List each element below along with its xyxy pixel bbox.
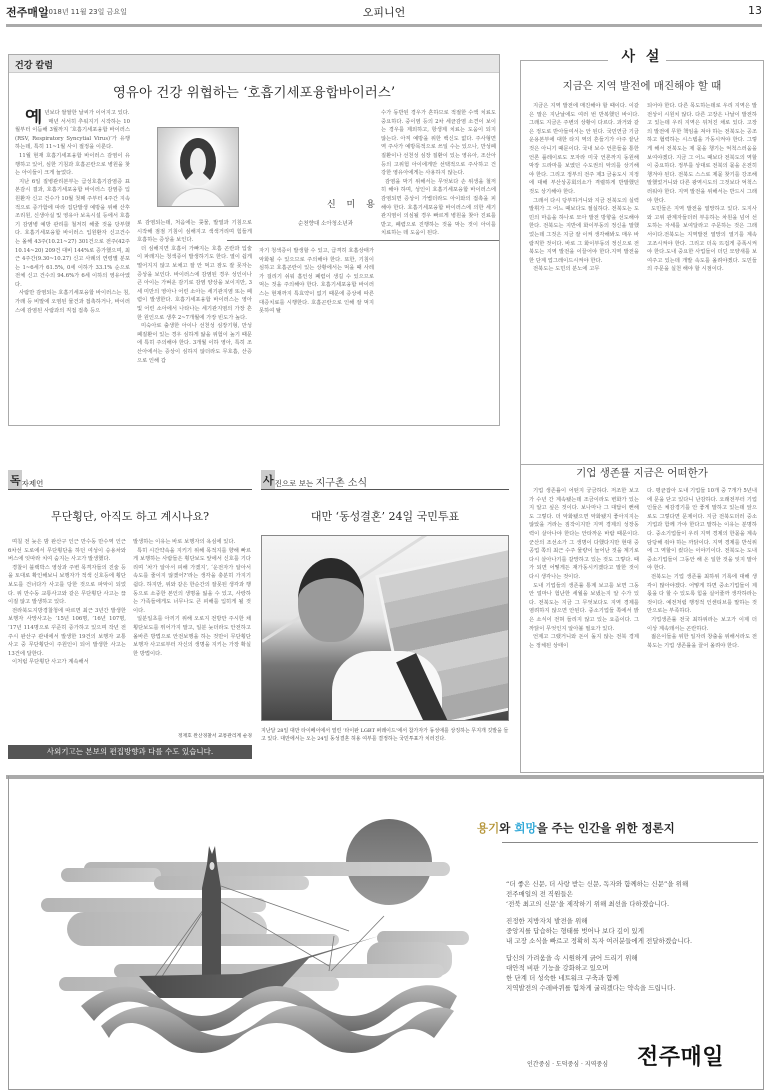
editorial2-headline: 기업 생존률 지금은 어떠한가 [521, 465, 763, 480]
readers-column-2: 발생하는 이유는 바로 보행자의 욕심에 있다. 특히 시간약속을 지키기 위해… [133, 538, 251, 730]
author-affiliation: 순천향대 소아청소년과 [298, 219, 353, 227]
author-coat [168, 188, 228, 207]
article-column-2: 로 감염되는데, 처음에는 콧물, 발열과 기침으로 시작해 점점 기침이 심해… [137, 219, 252, 423]
ad-pledge: “더 좋은 신문, 더 사랑 받는 신문, 독자와 함께하는 신문”을 위해 전… [506, 879, 692, 1000]
pledge-paragraph-3: 답신의 가려움을 속 시원하게 긁어 드리기 위해 대안적 비판 기능을 강화하… [506, 953, 692, 993]
editorial2-column-2: 다. 평균잡아 도내 기업들 10개 중 7개가 5년내에 문을 닫고 있다니 … [647, 487, 757, 767]
author-photo [157, 127, 239, 207]
editorial-column-1: 지금은 지역 발전에 매진해야 할 때이다. 이같은 말은 지난날에도 여러 번… [529, 102, 639, 458]
ad-motto: 인간중심 · 도덕중심 · 지역중심 [527, 1059, 608, 1068]
photo-caption: 지난달 28일 대만 타이베이에서 열린 ‘타이완 LGBT 퍼레이드’에서 참… [261, 727, 509, 743]
world-photo-headline: 대만 ‘동성결혼’ 24일 국민투표 [261, 508, 509, 524]
person-head [298, 558, 364, 642]
page-number: 13 [748, 4, 762, 17]
editorial-rule-left [520, 60, 608, 61]
header-rule [6, 24, 762, 27]
world-photo-header: 사진으로 보는 지구촌 소식 [261, 470, 509, 490]
drop-cap: 예 [25, 109, 42, 125]
editorial-article: 지금은 지역 발전에 매진해야 할 때 지금은 지역 발전에 매진해야 할 때이… [520, 60, 764, 465]
pledge-paragraph-1: “더 좋은 신문, 더 사랑 받는 신문, 독자와 함께하는 신문”을 위해 전… [506, 879, 692, 909]
article-headline: 영유아 건강 위협하는 ‘호흡기세포융합바이러스’ [9, 81, 499, 101]
readers-column-1: 며칠 전 늦은 밤 완산구 인근 만수동 만수역 인근 6차선 도로에서 무단횡… [8, 538, 126, 734]
editorial-headline: 지금은 지역 발전에 매진해야 할 때 [521, 78, 763, 93]
news-photo [261, 535, 509, 721]
section-cap: 독 [8, 470, 22, 489]
page-header: 전주매일 2018년 11월 23일 금요일 오피니언 13 [6, 4, 762, 22]
editorial2-column-1: 기업 생존률이 어떤지 궁금하다. 저조한 보고가 수년 간 계속됐는데 조금이… [529, 487, 639, 767]
ad-logo: 전주매일 [637, 1040, 724, 1071]
editorial-article-2: 기업 생존률 지금은 어떠한가 기업 생존률이 어떤지 궁금하다. 저조한 보고… [520, 465, 764, 773]
author-name: 신 미 용 [327, 197, 379, 210]
column-tag: 건강 칼럼 [9, 55, 499, 73]
editorial-column-2: 되어야 한다. 다른 목도하는데로 우리 지역은 발전상이 시원치 않다. 다른… [647, 102, 757, 458]
slogan-rule [502, 842, 758, 843]
readers-column-header: 독자제언 [8, 470, 252, 490]
editorial-rule-right [666, 60, 764, 61]
article-column-3: 자기 청색증이 발생할 수 있고, 급격히 호흡상태가 악화될 수 있으므로 주… [259, 247, 374, 423]
newspaper-ad: 용기와 희망을 주는 인간을 위한 정론지 “더 좋은 신문, 더 사랑 받는 … [8, 776, 764, 1090]
ad-slogan: 용기와 희망을 주는 인간을 위한 정론지 [477, 820, 675, 836]
article-column-1: 예 년보다 쌀쌀한 날씨가 이어지고 있다. 매년 서서히 추워지기 시작하는 … [15, 109, 130, 421]
pledge-paragraph-2: 진정한 지방자치 발전을 위해 중앙지를 답습하는 형태를 벗어나 보다 깊이 … [506, 916, 692, 946]
author-byline: 정재호 완산경찰서 교통관리계 순경 [132, 732, 252, 739]
health-column-article: 건강 칼럼 영유아 건강 위협하는 ‘호흡기세포융합바이러스’ 신 미 용 순천… [8, 54, 500, 426]
section-cap: 사 [261, 470, 275, 489]
ship-with-pen-nib-mast-icon [9, 776, 469, 1088]
author-face [180, 138, 216, 186]
section-title: 오피니언 [6, 4, 762, 20]
disclaimer-banner: 사외기고는 본보의 편집방향과 다를 수도 있습니다. [8, 745, 252, 759]
article-column-4: 수가 동반된 경우가 흔하므로 적절한 수액 치료도 중요하다. 중이염 등의 … [381, 109, 496, 423]
readers-column-headline: 무단횡단, 아직도 하고 계시나요? [8, 508, 252, 524]
